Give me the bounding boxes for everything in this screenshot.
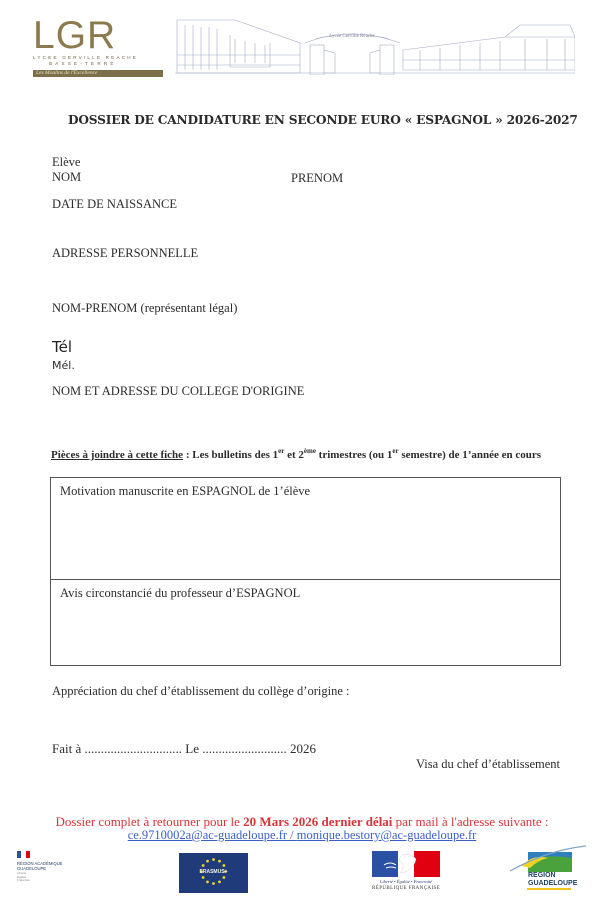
- label-prenom: PRENOM: [291, 171, 343, 186]
- email-link-school[interactable]: ce.9710002a@ac-guadeloupe.fr: [128, 828, 287, 842]
- deadline: 20 Mars 2026 dernier délai: [243, 814, 392, 829]
- signature-line: Fait à .............................. Le…: [52, 741, 316, 757]
- label-nom: NOM: [52, 170, 81, 185]
- logo-subtitle-school: LYCEE GERVILLE REACHE: [33, 55, 138, 60]
- pieces-a-joindre: Pièces à joindre à cette fiche : Les bul…: [51, 449, 541, 461]
- fait-a-field[interactable]: Fait à ..............................: [52, 741, 182, 756]
- label-mel: Mél.: [52, 359, 75, 372]
- french-flag-icon: [17, 851, 31, 858]
- motivation-box[interactable]: Motivation manuscrite en ESPAGNOL de 1’é…: [51, 478, 560, 580]
- page-title: DOSSIER DE CANDIDATURE EN SECONDE EURO «…: [68, 113, 578, 127]
- erasmus-eu-logo: ERASMUS+: [179, 853, 248, 893]
- appreciation-label: Appréciation du chef d’établissement du …: [52, 684, 349, 699]
- region-guadeloupe-logo: REGIONGUADELOUPE: [508, 844, 588, 896]
- region-academique-logo: RÉGION ACADÉMIQUEGUADELOUPE LibertéÉgali…: [17, 851, 77, 891]
- label-adresse: ADRESSE PERSONNELLE: [52, 246, 198, 261]
- lgr-school-logo: LGR LYCEE GERVILLE REACHE BASSE-TERRE Le…: [33, 18, 163, 78]
- label-representant-legal: NOM-PRENOM (représentant légal): [52, 301, 237, 316]
- email-link-contact[interactable]: monique.bestory@ac-guadeloupe.fr: [297, 828, 477, 842]
- logo-subtitle-city: BASSE-TERRE: [49, 61, 117, 66]
- label-tel: Tél: [52, 338, 72, 356]
- date-field[interactable]: Le .......................... 2026: [182, 741, 316, 756]
- region-landscape-icon: [508, 844, 588, 874]
- evaluation-boxes: Motivation manuscrite en ESPAGNOL de 1’é…: [50, 477, 561, 666]
- label-date-naissance: DATE DE NAISSANCE: [52, 197, 177, 212]
- contact-emails: ce.9710002a@ac-guadeloupe.fr / monique.b…: [0, 828, 604, 843]
- visa-label: Visa du chef d’établissement: [416, 757, 560, 772]
- label-college-origine: NOM ET ADRESSE DU COLLEGE D'ORIGINE: [52, 384, 304, 399]
- logo-letters: LGR: [33, 18, 116, 54]
- marianne-flag-icon: [372, 851, 440, 877]
- pieces-label: Pièces à joindre à cette fiche: [51, 449, 183, 461]
- avis-professeur-box[interactable]: Avis circonstancié du professeur d’ESPAG…: [51, 580, 560, 666]
- avis-professeur-box-label: Avis circonstancié du professeur d’ESPAG…: [60, 586, 300, 601]
- motivation-box-label: Motivation manuscrite en ESPAGNOL de 1’é…: [60, 484, 310, 499]
- school-building-sketch-image: Lycée Gerville Réache: [175, 15, 575, 75]
- label-eleve: Elève: [52, 155, 80, 170]
- logo-band: Les Moulins de l'Excellence: [33, 70, 163, 77]
- svg-text:Lycée Gerville Réache: Lycée Gerville Réache: [329, 34, 375, 39]
- republique-francaise-logo: Liberté • Égalité • Fraternité RÉPUBLIQU…: [372, 851, 440, 896]
